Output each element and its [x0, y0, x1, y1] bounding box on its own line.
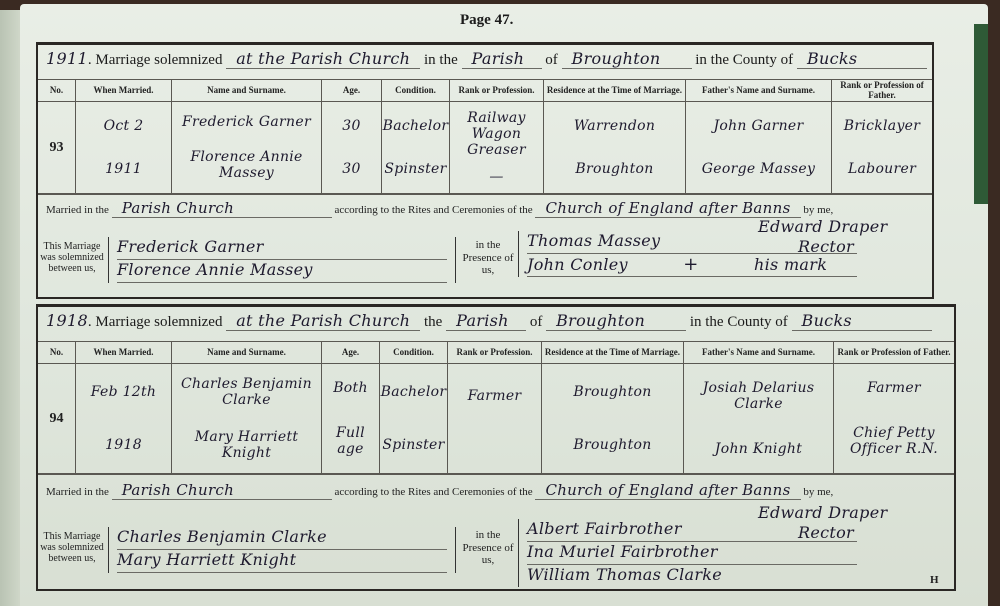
page-number: Page 47. — [460, 12, 513, 29]
col-residence: Residence at the Time of Marriage. — [544, 80, 686, 102]
col-father-name: Father's Name and Surname. — [686, 80, 832, 102]
between-us-label: This Marriage was solemnized between us, — [40, 531, 104, 564]
party-signatures: Frederick Garner Florence Annie Massey — [108, 237, 456, 283]
father-ranks: Bricklayer Labourer — [832, 102, 932, 194]
col-no: No. — [38, 80, 76, 102]
col-no: No. — [38, 342, 76, 364]
page-signature-mark: H — [930, 574, 939, 586]
col-father-rank: Rank or Profession of Father. — [832, 80, 932, 102]
book-cover-edge — [974, 24, 988, 204]
col-age: Age. — [322, 342, 380, 364]
presence-label: in the Presence of us, — [458, 529, 518, 567]
married-in-line: Married in the Parish Church according t… — [46, 481, 833, 500]
col-age: Age. — [322, 80, 382, 102]
rites: Church of England after Banns — [535, 199, 800, 218]
parish-type: Parish — [446, 311, 526, 331]
col-residence: Residence at the Time of Marriage. — [542, 342, 684, 364]
solemnized-at: at the Parish Church — [226, 311, 420, 331]
residences: Broughton Broughton — [542, 364, 684, 474]
ages: 30 30 — [322, 102, 382, 194]
place: Broughton — [562, 49, 692, 69]
father-ranks: Farmer Chief Petty Officer R.N. — [834, 364, 954, 474]
col-condition: Condition. — [380, 342, 448, 364]
names: Charles Benjamin Clarke Mary Harriett Kn… — [172, 364, 322, 474]
solemnized-at: at the Parish Church — [226, 49, 420, 69]
residences: Warrendon Broughton — [544, 102, 686, 194]
conditions: Bachelor Spinster — [382, 102, 450, 194]
col-when-married: When Married. — [76, 80, 172, 102]
married-in-line: Married in the Parish Church according t… — [46, 199, 833, 218]
ages: Both Full age — [322, 364, 380, 474]
father-names: Josiah Delarius Clarke John Knight — [684, 364, 834, 474]
marriage-entry-93: 1911. Marriage solemnized at the Parish … — [36, 42, 934, 299]
cross-mark-icon: + — [683, 254, 698, 275]
entry-table: No. When Married. Name and Surname. Age.… — [38, 341, 954, 475]
witness-signatures: Thomas Massey John Conley + his mark — [518, 231, 857, 277]
col-father-name: Father's Name and Surname. — [684, 342, 834, 364]
parish-type: Parish — [462, 49, 542, 69]
between-us-label: This Marriage was solemnized between us, — [40, 241, 104, 274]
rites: Church of England after Banns — [535, 481, 800, 500]
entry-table: No. When Married. Name and Surname. Age.… — [38, 79, 932, 195]
col-rank: Rank or Profession. — [448, 342, 542, 364]
place: Broughton — [546, 311, 686, 331]
when-married: Oct 2 1911 — [76, 102, 172, 194]
col-condition: Condition. — [382, 80, 450, 102]
father-names: John Garner George Massey — [686, 102, 832, 194]
entry-header: 1918. Marriage solemnized at the Parish … — [46, 311, 932, 331]
names: Frederick Garner Florence Annie Massey — [172, 102, 322, 194]
when-married: Feb 12th 1918 — [76, 364, 172, 474]
married-in: Parish Church — [112, 199, 332, 218]
col-name: Name and Surname. — [172, 80, 322, 102]
entry-year: 1918 — [46, 311, 88, 330]
entry-header: 1911. Marriage solemnized at the Parish … — [46, 49, 927, 69]
col-father-rank: Rank or Profession of Father. — [834, 342, 954, 364]
entry-year: 1911 — [46, 49, 88, 68]
ranks: Farmer — [448, 364, 542, 474]
col-rank: Rank or Profession. — [450, 80, 544, 102]
county: Bucks — [797, 49, 927, 69]
col-name: Name and Surname. — [172, 342, 322, 364]
ranks: Railway Wagon Greaser — — [450, 102, 544, 194]
entry-number: 94 — [38, 364, 76, 474]
entry-number: 93 — [38, 102, 76, 194]
col-when-married: When Married. — [76, 342, 172, 364]
witness-signatures: Albert Fairbrother Ina Muriel Fairbrothe… — [518, 519, 857, 587]
register-page: Page 47. 1911. Marriage solemnized at th… — [20, 4, 988, 606]
party-signatures: Charles Benjamin Clarke Mary Harriett Kn… — [108, 527, 456, 573]
married-in: Parish Church — [112, 481, 332, 500]
county: Bucks — [792, 311, 932, 331]
presence-label: in the Presence of us, — [458, 239, 518, 277]
marriage-entry-94: 1918. Marriage solemnized at the Parish … — [36, 304, 956, 591]
conditions: Bachelor Spinster — [380, 364, 448, 474]
